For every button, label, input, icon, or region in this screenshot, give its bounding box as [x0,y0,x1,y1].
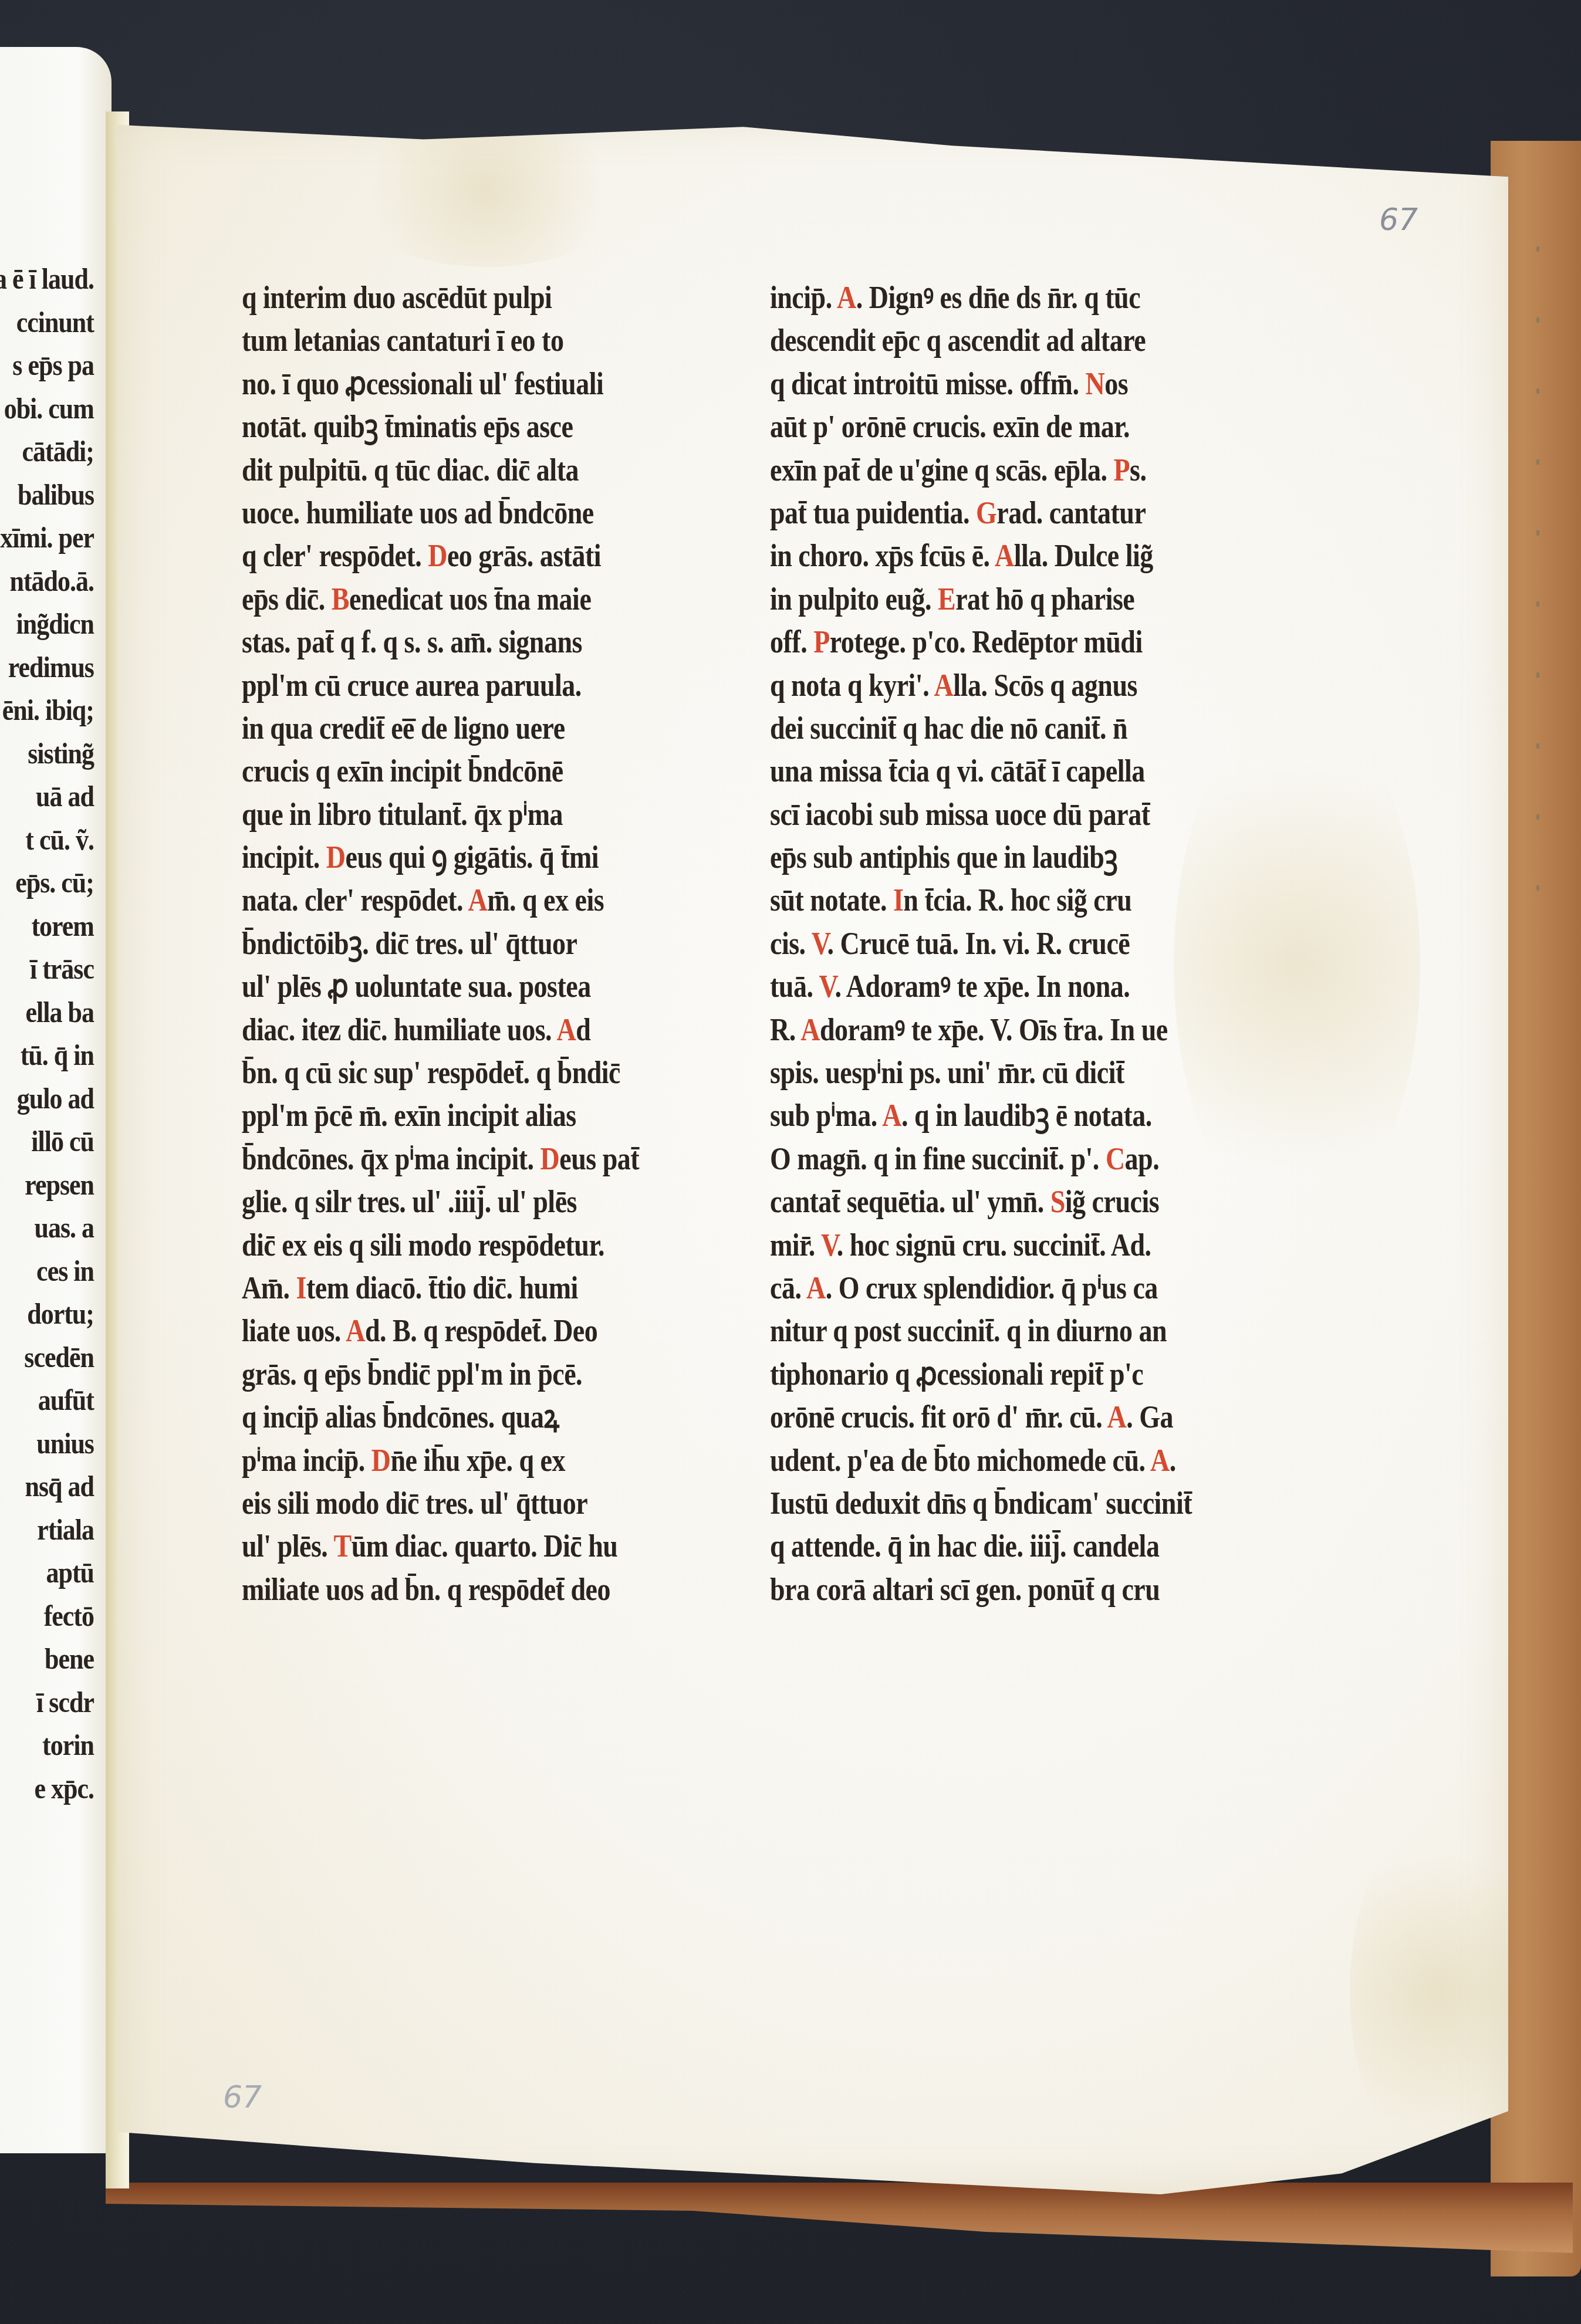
rubricated-initial: T [334,1528,352,1564]
facing-page-line: aptū [46,1555,94,1590]
facing-page-line: aufūt [38,1383,94,1418]
facing-page-line: uā ad [36,779,94,814]
facing-page-line: repsen [25,1168,94,1202]
text-column-left: q interim duo ascēdūt pulpitum letanias … [242,276,694,1611]
binding-lower-edge [106,2183,1573,2253]
facing-page-line: ī trāsc [30,952,94,986]
rubricated-initial: A [934,667,954,702]
rubricated-initial: A [882,1098,901,1133]
rubricated-initial: A [346,1313,365,1348]
facing-page-line: dortu; [27,1297,94,1331]
facing-page-line: ccinunt [16,305,94,340]
rubricated-initial: N [1085,366,1104,401]
rubricated-initial: V [821,1227,837,1262]
rubricated-initial: A [806,1270,826,1305]
facing-page-line: bene [45,1642,94,1676]
facing-page-line: nsq̄ ad [25,1469,94,1504]
facing-page-line: sisting̃ [28,736,94,771]
facing-page-line: uas. a [34,1210,94,1245]
facing-page-line: cātādi; [22,434,94,469]
facing-page-line: obi. cum [4,391,94,426]
rubricated-initial: A [1107,1399,1127,1435]
rubricated-initial: C [1106,1141,1125,1176]
rubricated-initial: A [1150,1442,1170,1477]
rubricated-initial: B [332,581,349,616]
facing-page-line: torin [42,1728,94,1763]
rubricated-initial: G [976,495,996,530]
facing-page-line: gulo ad [17,1081,94,1116]
facing-page-line: torem [31,909,94,943]
rubricated-initial: E [938,581,955,616]
facing-page-fragment: na ē ī laud.ccinunts ep̄s paobi. cumcātā… [0,47,112,2153]
text-column-right: incip̄. A. Dignꝰ es dn̄e ds n̄r. q tūcde… [770,276,1257,1611]
facing-page-line: redimus [8,650,94,685]
rubricated-initial: A [995,538,1014,573]
rubricated-initial: A [800,1012,820,1047]
facing-page-line: t cū. ṽ. [25,823,94,857]
folio-number-bottom: 67 [223,2080,262,2115]
rubricated-initial: A [468,882,487,918]
rubricated-initial: V [812,925,827,960]
facing-page-line: ces in [36,1254,94,1288]
facing-page-line: balibus [18,478,94,512]
rubricated-initial: V [819,969,835,1004]
folio-number-top: 67 [1379,202,1418,238]
facing-page-line: ella ba [26,995,94,1030]
pricking-marks [1536,246,1542,950]
rubricated-initial: P [813,624,830,659]
facing-page-line: unius [36,1426,94,1461]
water-stain [340,114,634,267]
text-line: miliate uos ad b̄n. q respōdet̄ deo [242,1564,694,1615]
rubricated-initial: D [540,1141,560,1176]
facing-page-line: tū. q̄ in [21,1038,94,1073]
rubricated-initial: A [837,279,856,314]
facing-page-line: ēni. ibiq; [2,693,94,728]
rubricated-initial: D [326,839,346,874]
facing-page-line: ep̄s. cū; [15,865,94,900]
facing-page-line: e xp̄c. [34,1771,94,1806]
facing-page-line: fectō [44,1599,94,1633]
rubricated-initial: D [428,538,447,573]
text-line: bra corā altari scī gen. ponūt̄ q cru [770,1564,1257,1615]
facing-page-line: xīmi. per [0,520,94,555]
facing-page-line: ing̃dicn [16,607,94,641]
rubricated-initial: A [557,1012,576,1047]
facing-page-line: ī scdr [36,1685,94,1720]
rubricated-initial: I [893,882,903,918]
rubricated-initial: D [371,1442,391,1477]
facing-page-line: illō cū [31,1124,94,1159]
facing-page-line: na ē ī laud. [0,262,94,296]
rubricated-initial: I [296,1270,306,1305]
facing-page-line: rtiala [37,1513,94,1547]
rubricated-initial: S [1050,1184,1065,1219]
facing-page-line: ntādo.ā. [9,564,94,598]
rubricated-initial: P [1113,452,1130,487]
facing-page-line: s ep̄s pa [12,348,94,383]
facing-page-line: scedēn [24,1340,94,1375]
